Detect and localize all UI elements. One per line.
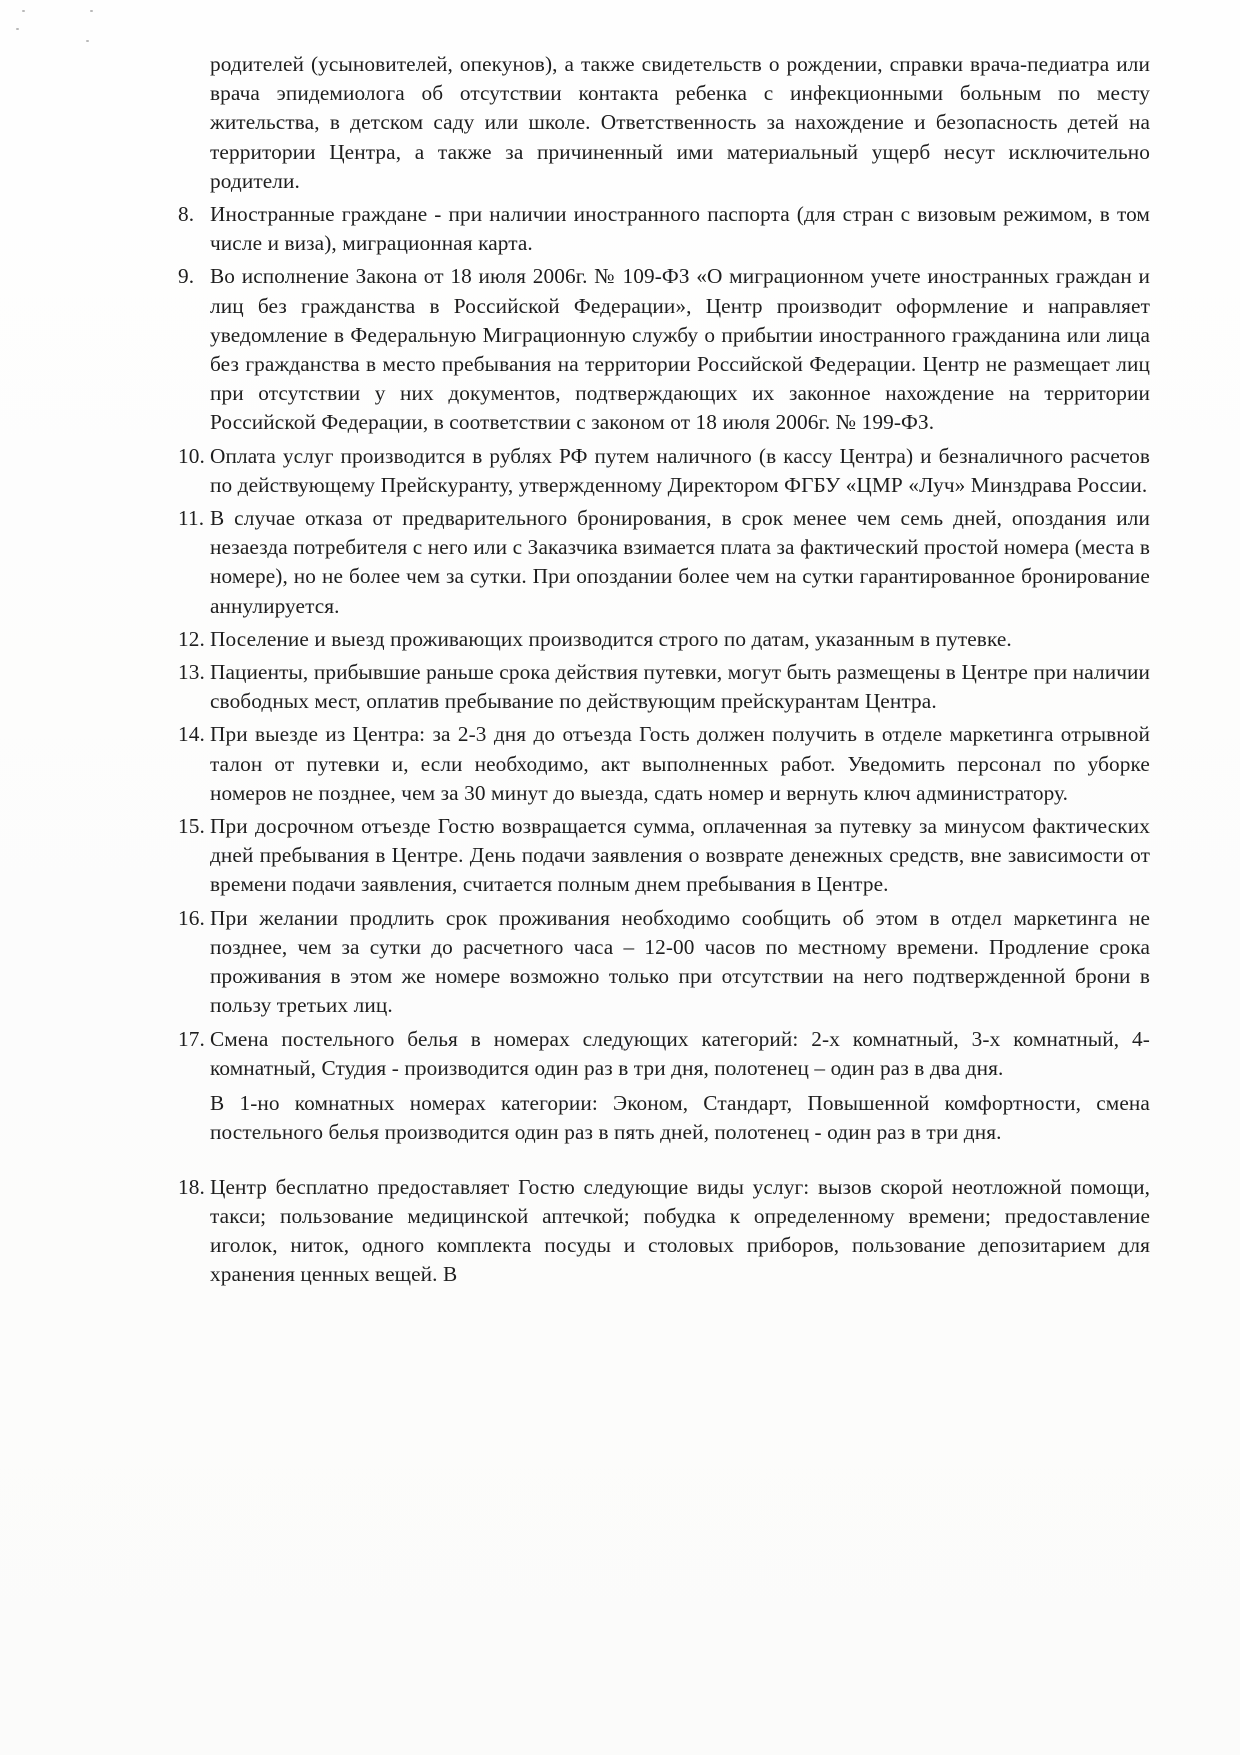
scan-speck — [90, 10, 93, 12]
item-text: Поселение и выезд проживающих производит… — [210, 625, 1150, 654]
item-text: Центр бесплатно предоставляет Гостю след… — [210, 1173, 1150, 1290]
item-number: 8. — [178, 200, 210, 229]
item-text: Во исполнение Закона от 18 июля 2006г. №… — [210, 262, 1150, 437]
item-number: 16. — [178, 904, 210, 933]
scan-speck — [16, 28, 19, 30]
list-item-14: 14. При выезде из Центра: за 2-3 дня до … — [178, 720, 1150, 808]
item-text: Оплата услуг производится в рублях РФ пу… — [210, 442, 1150, 500]
intro-paragraph: родителей (усыновителей, опекунов), а та… — [178, 50, 1150, 196]
item-number: 10. — [178, 442, 210, 471]
item-text: При выезде из Центра: за 2-3 дня до отъе… — [210, 720, 1150, 808]
list-item-12: 12. Поселение и выезд проживающих произв… — [178, 625, 1150, 654]
list-item-13: 13. Пациенты, прибывшие раньше срока дей… — [178, 658, 1150, 716]
item-text: При досрочном отъезде Гостю возвращается… — [210, 812, 1150, 900]
list-item-8: 8. Иностранные граждане - при наличии ин… — [178, 200, 1150, 258]
item-text: При желании продлить срок проживания нео… — [210, 904, 1150, 1021]
item-number: 15. — [178, 812, 210, 841]
list-item-16: 16. При желании продлить срок проживания… — [178, 904, 1150, 1021]
item-number: 13. — [178, 658, 210, 687]
list-item-10: 10. Оплата услуг производится в рублях Р… — [178, 442, 1150, 500]
scan-speck — [22, 10, 25, 12]
item-number: 12. — [178, 625, 210, 654]
item-number: 14. — [178, 720, 210, 749]
item-number: 17. — [178, 1025, 210, 1054]
scan-speck — [86, 40, 89, 42]
scanned-document-page: родителей (усыновителей, опекунов), а та… — [0, 0, 1240, 1755]
item-number: 11. — [178, 504, 210, 533]
item-number: 18. — [178, 1173, 210, 1202]
list-item-18: 18. Центр бесплатно предоставляет Гостю … — [178, 1173, 1150, 1290]
item-number: 9. — [178, 262, 210, 291]
list-item-9: 9. Во исполнение Закона от 18 июля 2006г… — [178, 262, 1150, 437]
item-text: В случае отказа от предварительного брон… — [210, 504, 1150, 621]
item-text: Смена постельного белья в номерах следую… — [210, 1025, 1150, 1083]
item-text: Иностранные граждане - при наличии иност… — [210, 200, 1150, 258]
document-body: родителей (усыновителей, опекунов), а та… — [178, 50, 1150, 1289]
list-item-17-subparagraph: В 1-но комнатных номерах категории: Экон… — [178, 1089, 1150, 1147]
list-item-15: 15. При досрочном отъезде Гостю возвраща… — [178, 812, 1150, 900]
item-text: Пациенты, прибывшие раньше срока действи… — [210, 658, 1150, 716]
list-item-17: 17. Смена постельного белья в номерах сл… — [178, 1025, 1150, 1083]
list-item-11: 11. В случае отказа от предварительного … — [178, 504, 1150, 621]
